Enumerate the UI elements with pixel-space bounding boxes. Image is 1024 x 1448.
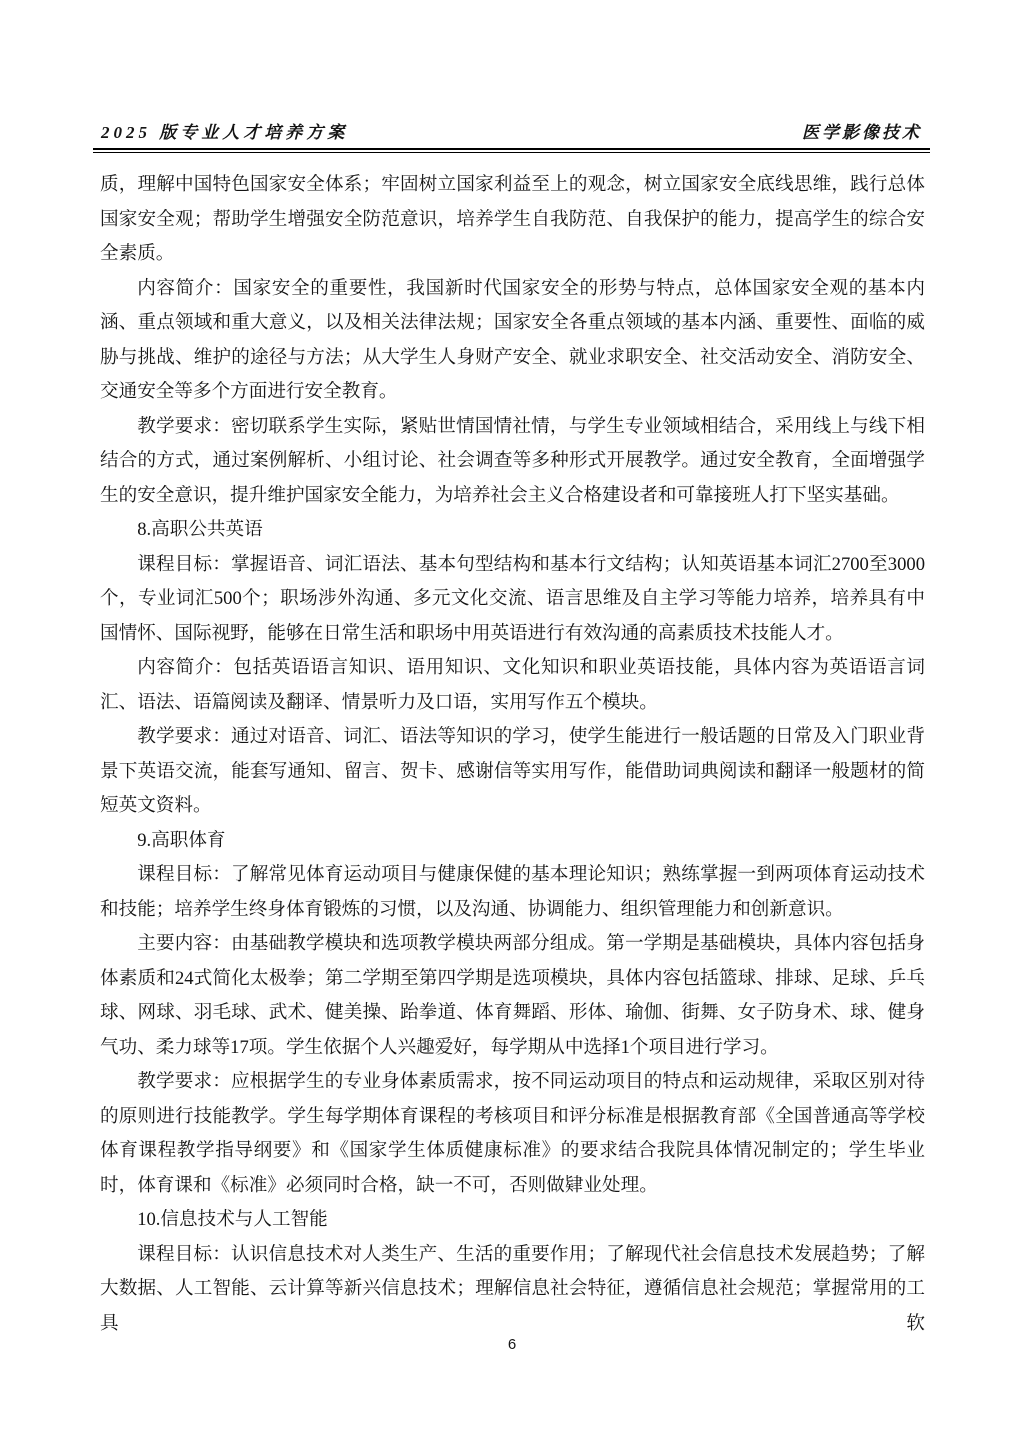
section-heading-it-ai: 10.信息技术与人工智能	[100, 1203, 925, 1238]
page-header: 2025 版专业人才培养方案 医学影像技术	[93, 118, 930, 153]
page-number: 6	[508, 1336, 516, 1353]
section-heading-english: 8.高职公共英语	[100, 513, 925, 548]
body-paragraph-pe-content: 主要内容：由基础教学模块和选项教学模块两部分组成。第一学期是基础模块，具体内容包…	[100, 927, 925, 1065]
body-paragraph-security-intro: 内容简介：国家安全的重要性，我国新时代国家安全的形势与特点，总体国家安全观的基本…	[100, 272, 925, 410]
body-paragraph-english-goals: 课程目标：掌握语音、词汇语法、基本句型结构和基本行文结构；认知英语基本词汇270…	[100, 548, 925, 652]
body-paragraph-security-requirements: 教学要求：密切联系学生实际，紧贴世情国情社情，与学生专业领域相结合，采用线上与线…	[100, 410, 925, 514]
header-title-left: 2025 版专业人才培养方案	[101, 118, 348, 143]
page-header-row: 2025 版专业人才培养方案 医学影像技术	[93, 118, 930, 148]
body-paragraph-english-intro: 内容简介：包括英语语言知识、语用知识、文化知识和职业英语技能，具体内容为英语语言…	[100, 651, 925, 720]
body-paragraph-it-goals-cutoff: 课程目标：认识信息技术对人类生产、生活的重要作用；了解现代社会信息技术发展趋势；…	[100, 1238, 925, 1342]
section-heading-pe: 9.高职体育	[100, 824, 925, 859]
body-paragraph-pe-requirements: 教学要求：应根据学生的专业身体素质需求，按不同运动项目的特点和运动规律，采取区别…	[100, 1065, 925, 1203]
body-paragraph-security-continuation: 质，理解中国特色国家安全体系；牢固树立国家利益至上的观念，树立国家安全底线思维，…	[100, 168, 925, 272]
page-footer: 6	[0, 1336, 1024, 1353]
header-title-right: 医学影像技术	[802, 118, 922, 143]
header-double-rule-thick	[93, 148, 930, 150]
body-paragraph-pe-goals: 课程目标：了解常见体育运动项目与健康保健的基本理论知识；熟练掌握一到两项体育运动…	[100, 858, 925, 927]
body-paragraph-english-requirements: 教学要求：通过对语音、词汇、语法等知识的学习，使学生能进行一般话题的日常及入门职…	[100, 720, 925, 824]
document-body: 质，理解中国特色国家安全体系；牢固树立国家利益至上的观念，树立国家安全底线思维，…	[100, 168, 925, 1341]
document-page: 2025 版专业人才培养方案 医学影像技术 质，理解中国特色国家安全体系；牢固树…	[0, 0, 1024, 1448]
header-double-rule-thin	[93, 152, 930, 153]
